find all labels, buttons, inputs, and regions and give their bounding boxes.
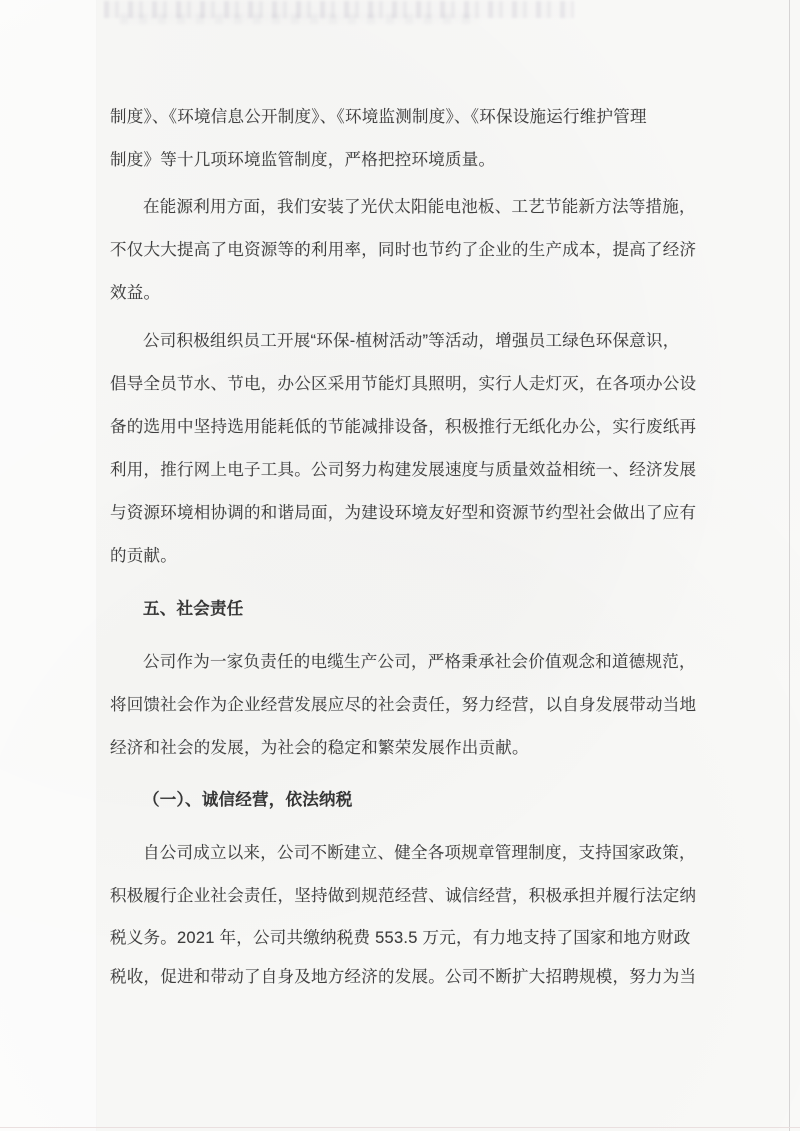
page-margin-left [0,0,97,1131]
page-edge-bottom [0,1127,800,1128]
subsection-heading-integrity-tax: （一）、诚信经营，依法纳税 [110,789,743,811]
text-line: 将回馈社会作为企业经营发展应尽的社会责任，努力经营，以自身发展带动当地 [110,694,710,716]
text-line: 的贡献。 [110,545,710,567]
text-line: 制度》等十几项环境监管制度，严格把控环境质量。 [110,149,710,171]
text-line: 备的选用中坚持选用能耗低的节能减排设备，积极推行无纸化办公，实行废纸再 [110,416,710,438]
text-line: 经济和社会的发展，为社会的稳定和繁荣发展作出贡献。 [110,737,710,759]
text-line: 公司积极组织员工开展“环保-植树活动”等活动，增强员工绿色环保意识， [110,330,743,352]
text-line: 税收，促进和带动了自身及地方经济的发展。公司不断扩大招聘规模，努力为当 [110,966,710,988]
text-line: 制度》、《环境信息公开制度》、《环境监测制度》、《环保设施运行维护管理 [110,106,710,128]
text-line: 与资源环境相协调的和谐局面，为建设环境友好型和资源节约型社会做出了应有 [110,502,710,524]
scanned-page: 制度》、《环境信息公开制度》、《环境监测制度》、《环保设施运行维护管理 制度》等… [0,0,800,1131]
text-line: 公司作为一家负责任的电缆生产公司，严格秉承社会价值观念和道德规范， [110,651,743,673]
text-line: 自公司成立以来，公司不断建立、健全各项规章管理制度，支持国家政策， [110,842,743,864]
text-line: 不仅大大提高了电资源等的利用率，同时也节约了企业的生产成本，提高了经济 [110,239,710,261]
scan-bleed-artifact [120,14,480,24]
text-line: 倡导全员节水、节电，办公区采用节能灯具照明，实行人走灯灭，在各项办公设 [110,373,710,395]
section-heading-social-responsibility: 五、社会责任 [110,598,743,620]
text-line: 积极履行企业社会责任，坚持做到规范经营、诚信经营，积极承担并履行法定纳 [110,885,710,907]
text-line: 在能源利用方面，我们安装了光伏太阳能电池板、工艺节能新方法等措施， [110,196,743,218]
text-line: 效益。 [110,282,710,304]
text-line: 税义务。2021 年，公司共缴纳税费 553.5 万元，有力地支持了国家和地方财… [110,927,710,949]
text-line: 利用，推行网上电子工具。公司努力构建发展速度与质量效益相统一、经济发展 [110,459,710,481]
page-edge-right [789,0,790,1131]
